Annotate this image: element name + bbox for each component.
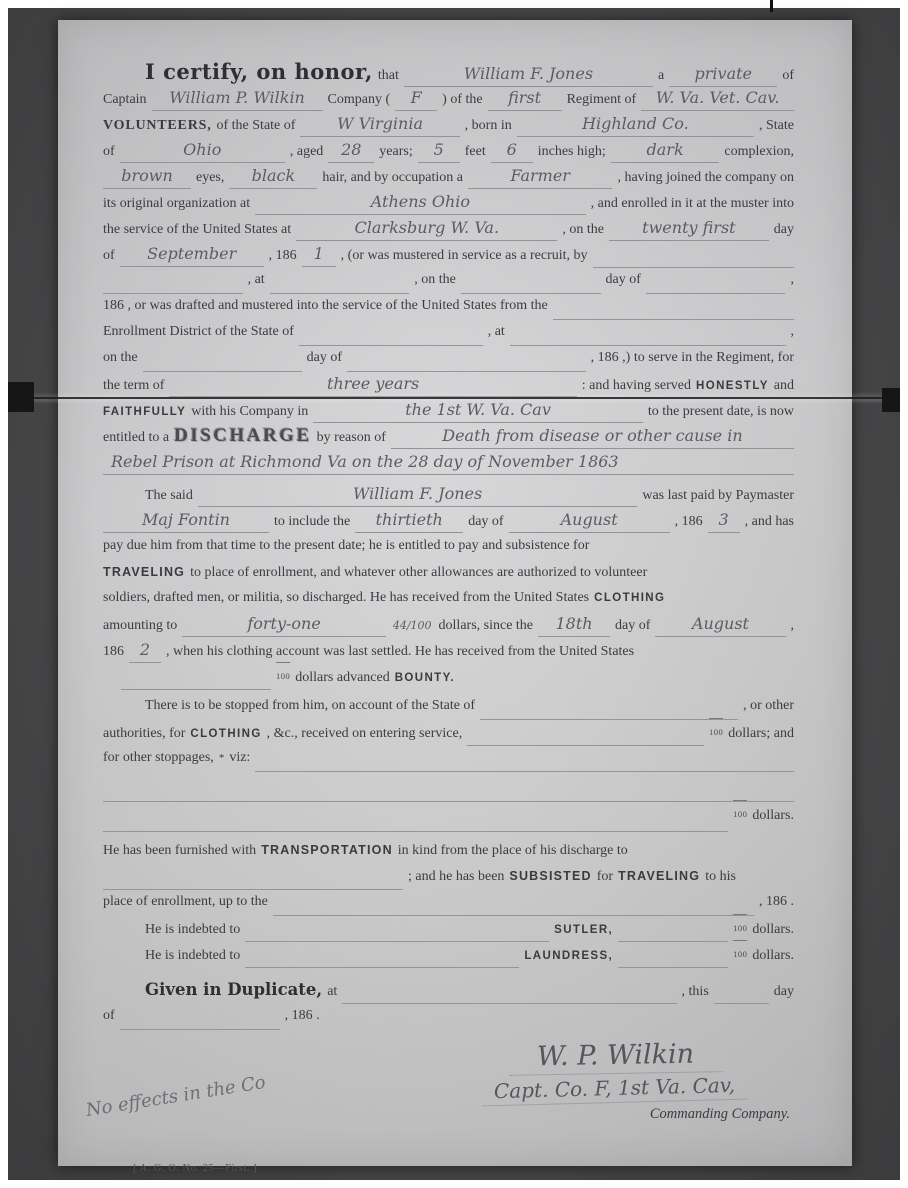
field-paid-through-day: thirtieth: [355, 508, 463, 533]
printed-sutler: SUTLER,: [554, 918, 613, 942]
printed-text: of the State of: [217, 114, 296, 138]
field-soldier-name: William F. Jones: [404, 62, 653, 87]
printed-text: at: [327, 980, 337, 1004]
printed-text: , at: [488, 320, 505, 344]
printed-text: , aged: [290, 140, 323, 164]
printed-text: of: [103, 140, 115, 164]
printed-text: was last paid by Paymaster: [642, 484, 794, 508]
printed-text: : and having served: [582, 374, 691, 398]
field-muster-year-digit: 1: [302, 242, 336, 267]
printed-text: day of: [307, 346, 342, 370]
printed-text: , 186: [269, 244, 297, 268]
field-occupation: Farmer: [468, 164, 613, 189]
printed-text: , at: [248, 268, 265, 292]
field-age: 28: [328, 138, 374, 163]
form-line: for other stoppages, * viz:: [103, 746, 794, 772]
form-line: , at , on the day of ,: [103, 268, 794, 294]
form-line: on the day of , 186 ,) to serve in the R…: [103, 346, 794, 372]
printed-text: place of enrollment, up to the: [103, 890, 268, 914]
blank-line: [510, 331, 786, 346]
form-line: 100 dollars.: [103, 802, 794, 832]
printed-text: of: [103, 244, 115, 268]
printed-cents-100: 100: [733, 940, 747, 966]
blank-line: [120, 1015, 280, 1030]
form-line: soldiers, drafted men, or militia, so di…: [103, 586, 794, 612]
form-line: pay due him from that time to the presen…: [103, 534, 794, 560]
signature-block: W. P. Wilkin Capt. Co. F, 1st Va. Cav, C…: [440, 1040, 790, 1123]
printed-text: in kind from the place of his discharge …: [398, 839, 628, 863]
printed-text: day of: [615, 614, 650, 638]
form-line: 186 2 , when his clothing account was la…: [103, 638, 794, 664]
printed-text: day of: [468, 510, 503, 534]
form-line: place of enrollment, up to the , 186 .: [103, 890, 794, 916]
field-mustered-at: Clarksburg W. Va.: [296, 216, 557, 241]
blank-line: [467, 731, 704, 746]
field-birth-state: Ohio: [120, 138, 285, 163]
printed-text: to place of enrollment, and whatever oth…: [190, 561, 794, 585]
field-paymaster: Maj Fontin: [103, 508, 269, 533]
blank-line: [143, 357, 302, 372]
blank-line: [245, 927, 549, 942]
printed-text: , 186: [675, 510, 703, 534]
blank-line: [593, 253, 794, 268]
printed-cents-100: 100: [276, 662, 290, 688]
form-line: VOLUNTEERS, of the State of W Virginia ,…: [103, 112, 794, 138]
printed-text: The said: [103, 484, 193, 508]
printed-text: day: [774, 218, 794, 242]
printed-traveling: TRAVELING: [103, 560, 185, 584]
printed-given-in-duplicate: Given in Duplicate,: [103, 978, 322, 1002]
form-line: The said William F. Jones was last paid …: [103, 482, 794, 508]
form-line: [103, 772, 794, 802]
field-clothing-day: 18th: [538, 612, 610, 637]
printed-text: , 186 ,) to serve in the Regiment, for: [591, 346, 794, 370]
blank-line: [618, 953, 728, 968]
form-line: ; and he has been SUBSISTED for TRAVELIN…: [103, 864, 794, 890]
printed-text: Enrollment District of the State of: [103, 320, 294, 344]
field-rank: private: [669, 62, 777, 87]
field-eyes: brown: [103, 164, 191, 189]
printed-text: There is to be stopped from him, on acco…: [103, 694, 475, 718]
printed-cents-100: 100: [733, 800, 747, 826]
printed-text: viz:: [229, 746, 250, 770]
printed-text: , and has: [745, 510, 794, 534]
blank-line: [618, 927, 728, 942]
blank-line: [553, 305, 794, 320]
printed-text: to include the: [274, 510, 350, 534]
printed-text: , (or was mustered in service as a recru…: [341, 244, 588, 268]
field-clothing-month: August: [655, 612, 785, 637]
printed-text: complexion,: [724, 140, 794, 164]
printed-text: , on the: [414, 268, 456, 292]
field-term-of-service: three years: [169, 372, 576, 397]
blank-line: [255, 757, 794, 772]
form-line: authorities, for CLOTHING , &c., receive…: [103, 720, 794, 746]
field-volunteer-state: W Virginia: [300, 112, 459, 137]
form-line: Given in Duplicate, at , this day: [103, 978, 794, 1004]
printed-text: , this: [682, 980, 709, 1004]
printed-text: ) of the: [442, 88, 482, 112]
printed-text: dollars.: [752, 918, 794, 942]
printed-text: to the present date, is now: [648, 400, 794, 424]
field-muster-month: September: [120, 242, 264, 267]
blank-line: [103, 787, 794, 802]
printed-text: , when his clothing account was last set…: [166, 640, 634, 664]
field-signature-title: Capt. Co. F, 1st Va. Cav,: [482, 1073, 748, 1107]
blank-line: [646, 279, 786, 294]
printed-text: He has been furnished with: [103, 839, 256, 863]
form-line: Captain William P. Wilkin Company ( F ) …: [103, 86, 794, 112]
printed-text: amounting to: [103, 614, 177, 638]
blank-line: [245, 953, 519, 968]
signature-section: No effects in the Co W. P. Wilkin Capt. …: [103, 1038, 794, 1188]
field-discharge-reason-1: Death from disease or other cause in: [391, 424, 794, 449]
form-line: brown eyes, black hair, and by occupatio…: [103, 164, 794, 190]
photo-backdrop: I certify, on honor, that William F. Jon…: [8, 8, 900, 1180]
field-paid-through-month: August: [509, 508, 670, 533]
field-hair: black: [229, 164, 317, 189]
printed-text: years;: [379, 140, 412, 164]
form-line: He is indebted to LAUNDRESS, 100 dollars…: [103, 942, 794, 968]
printed-text: , and enrolled in it at the muster into: [591, 192, 794, 216]
form-line: entitled to a DISCHARGE by reason of Dea…: [103, 424, 794, 450]
printed-text: the term of: [103, 374, 164, 398]
photo-edge-mark: [770, 0, 773, 12]
field-clothing-year-digit: 2: [129, 638, 161, 663]
blank-line: [299, 331, 483, 346]
field-clothing-amount: forty-one: [182, 612, 386, 637]
printed-cents-100: 100: [709, 718, 723, 744]
printed-text: its original organization at: [103, 192, 250, 216]
discharge-certificate: I certify, on honor, that William F. Jon…: [58, 20, 852, 1166]
printed-text: ,: [791, 320, 795, 344]
printed-laundress: LAUNDRESS,: [524, 944, 613, 968]
form-line: 186 , or was drafted and mustered into t…: [103, 294, 794, 320]
printed-text: 186 , or was drafted and mustered into t…: [103, 294, 548, 318]
blank-line: [121, 675, 271, 690]
field-clothing-fraction: 44/100: [391, 614, 434, 638]
blank-line: [103, 817, 728, 832]
field-organized-at: Athens Ohio: [255, 190, 586, 215]
printed-text: Captain: [103, 88, 147, 112]
handwritten-margin-note: No effects in the Co: [84, 1072, 267, 1121]
printed-text: for other stoppages,: [103, 746, 214, 770]
printed-bounty: BOUNTY.: [395, 666, 455, 690]
blank-line: [480, 705, 738, 720]
field-last-paid-name: William F. Jones: [198, 482, 638, 507]
printed-text: a: [658, 64, 664, 88]
printed-text: authorities, for: [103, 722, 185, 746]
printed-text: entitled to a: [103, 426, 169, 450]
blank-line: [103, 875, 403, 890]
printed-text: dollars.: [752, 804, 794, 828]
form-line: the service of the United States at Clar…: [103, 216, 794, 242]
printed-text: dollars.: [752, 944, 794, 968]
printed-volunteers: VOLUNTEERS,: [103, 114, 212, 138]
printed-text: pay due him from that time to the presen…: [103, 534, 794, 558]
photo-edge-mark: [8, 382, 34, 412]
field-regiment-name: W. Va. Vet. Cav.: [641, 86, 794, 111]
field-birthplace: Highland Co.: [517, 112, 754, 137]
form-line: 100 dollars advanced BOUNTY.: [103, 664, 794, 690]
form-line: He is indebted to SUTLER, 100 dollars.: [103, 916, 794, 942]
field-company-letter: F: [395, 86, 437, 111]
printed-text: Regiment of: [567, 88, 637, 112]
printed-text: eyes,: [196, 166, 224, 190]
printed-text: 186: [103, 640, 124, 664]
form-line: amounting to forty-one 44/100 dollars, s…: [103, 612, 794, 638]
printed-text: , 186 .: [759, 890, 794, 914]
printed-text: dollars; and: [728, 722, 794, 746]
field-complexion: dark: [611, 138, 720, 163]
form-line: the term of three years : and having ser…: [103, 372, 794, 398]
form-line: I certify, on honor, that William F. Jon…: [103, 60, 794, 86]
form-line: of Ohio , aged 28 years; 5 feet 6 inches…: [103, 138, 794, 164]
field-height-feet: 5: [418, 138, 460, 163]
printed-text: Company (: [328, 88, 391, 112]
printed-text: dollars, since the: [439, 614, 533, 638]
footnote-asterisk: *: [219, 746, 225, 770]
printed-text: , State: [759, 114, 794, 138]
printed-text: to his: [705, 865, 736, 889]
printed-text: day: [774, 980, 794, 1004]
blank-line: [103, 279, 243, 294]
printed-clothing: CLOTHING: [594, 586, 665, 610]
printed-text: the service of the United States at: [103, 218, 291, 242]
paper-fold-line: [8, 397, 900, 399]
printed-subsisted: SUBSISTED: [509, 864, 591, 888]
field-captain-name: William P. Wilkin: [152, 86, 323, 111]
printed-text: , having joined the company on: [617, 166, 794, 190]
field-discharge-reason-2: Rebel Prison at Richmond Va on the 28 da…: [103, 450, 794, 475]
printed-text: by reason of: [317, 426, 386, 450]
form-line: There is to be stopped from him, on acco…: [103, 694, 794, 720]
form-number-footnote: [ A. G. O. No. 25—First. ]: [133, 1163, 257, 1174]
printed-text: He is indebted to: [103, 918, 240, 942]
blank-line: [342, 989, 676, 1004]
blank-line: [273, 901, 754, 916]
printed-honestly: HONESTLY: [696, 374, 769, 398]
printed-text: He is indebted to: [103, 944, 240, 968]
printed-text: , &c., received on entering service,: [267, 722, 463, 746]
printed-text: dollars advanced: [295, 666, 389, 690]
field-muster-day: twenty first: [609, 216, 769, 241]
printed-text: with his Company in: [191, 400, 308, 424]
photo-edge-mark: [882, 388, 900, 412]
printed-clothing: CLOTHING: [190, 722, 261, 746]
form-line: Maj Fontin to include the thirtieth day …: [103, 508, 794, 534]
printed-discharge: DISCHARGE: [174, 424, 312, 448]
blank-line: [714, 989, 769, 1004]
field-company-served: the 1st W. Va. Cav: [313, 398, 643, 423]
printed-transportation: TRANSPORTATION: [261, 838, 393, 862]
printed-text: ,: [790, 268, 794, 292]
printed-text: hair, and by occupation a: [322, 166, 463, 190]
printed-cents-100: 100: [733, 914, 747, 940]
form-line: He has been furnished with TRANSPORTATIO…: [103, 838, 794, 864]
field-paid-year-digit: 3: [708, 508, 740, 533]
form-line: of September , 186 1 , (or was mustered …: [103, 242, 794, 268]
form-line: FAITHFULLY with his Company in the 1st W…: [103, 398, 794, 424]
form-line: Enrollment District of the State of , at…: [103, 320, 794, 346]
printed-text: feet: [465, 140, 486, 164]
printed-text: that: [378, 64, 399, 88]
blank-line: [461, 279, 601, 294]
printed-text: , 186 .: [285, 1004, 320, 1028]
printed-text: and: [774, 374, 794, 398]
form-line: its original organization at Athens Ohio…: [103, 190, 794, 216]
form-line: TRAVELING to place of enrollment, and wh…: [103, 560, 794, 586]
printed-text: day of: [606, 268, 641, 292]
printed-text: of: [103, 1004, 115, 1028]
printed-text: ; and he has been: [408, 865, 504, 889]
printed-text: for: [597, 865, 613, 889]
form-line: Rebel Prison at Richmond Va on the 28 da…: [103, 450, 794, 476]
field-regiment-number: first: [488, 86, 562, 111]
printed-text: , born in: [465, 114, 512, 138]
field-signature: W. P. Wilkin: [508, 1038, 722, 1076]
field-height-inches: 6: [491, 138, 533, 163]
printed-text: inches high;: [538, 140, 606, 164]
printed-text: , on the: [562, 218, 604, 242]
opening-phrase: I certify, on honor,: [103, 60, 373, 84]
printed-text: soldiers, drafted men, or militia, so di…: [103, 586, 589, 610]
form-line: of , 186 .: [103, 1004, 794, 1030]
printed-faithfully: FAITHFULLY: [103, 400, 186, 424]
printed-text: of: [782, 64, 794, 88]
printed-text: ,: [791, 614, 795, 638]
printed-commanding-company: Commanding Company.: [440, 1106, 790, 1123]
blank-line: [270, 279, 410, 294]
printed-traveling: TRAVELING: [618, 864, 700, 888]
printed-text: on the: [103, 346, 138, 370]
blank-line: [347, 357, 586, 372]
printed-text: , or other: [743, 694, 794, 718]
